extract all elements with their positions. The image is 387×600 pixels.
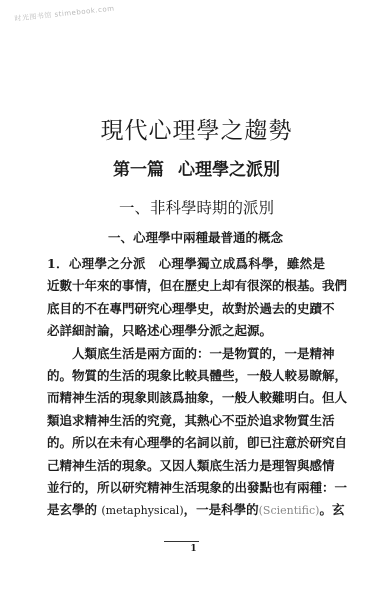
- term-metaphysical: (metaphysical): [101, 504, 183, 517]
- text-line: 的。所以在未有心理學的名詞以前，卽已注意於研究自: [47, 432, 325, 454]
- book-title: 現代心理學之趨勢: [0, 112, 387, 145]
- text-line: 而精神生活的現象則該爲抽象，一般人較難明白。但人: [47, 387, 325, 409]
- part-title: 第一篇心理學之派別: [0, 155, 387, 180]
- term-scientific: (Scientific): [259, 504, 320, 517]
- body-text: 1．心理學之分派 心理學獨立成爲科學，雖然是 近數十年來的事情，但在歷史上却有很…: [47, 253, 325, 522]
- text-line: 近數十年來的事情，但在歷史上却有很深的根基。我們: [47, 275, 325, 297]
- text-line: 己精神生活的現象。又因人類底生活力是理智與感情: [47, 455, 325, 477]
- subsection-title: 一、心理學中兩種最普通的概念: [0, 228, 387, 246]
- text-line: 是玄學的 (metaphysical)，一是科學的(Scientific)。玄: [47, 499, 325, 521]
- footer-rule: [164, 541, 199, 542]
- text-line: 必詳細討論，只略述心理學分派之起源。: [47, 320, 325, 342]
- text-line: 人類底生活是兩方面的：一是物質的，一是精神: [47, 343, 325, 365]
- paragraph-heading: 1．心理學之分派: [47, 256, 146, 271]
- page-number: 1: [0, 544, 387, 554]
- text-line: 類追求精神生活的究竟，其熱心不亞於追求物質生活: [47, 410, 325, 432]
- part-number: 第一篇: [113, 160, 164, 180]
- text-line: 底目的不在專門研究心理學史，故對於過去的史蹟不: [47, 298, 325, 320]
- section-title: 一、非科學時期的派別: [0, 196, 387, 218]
- watermark: 时光图书馆 stimebook.com: [14, 4, 115, 24]
- text-line: 1．心理學之分派 心理學獨立成爲科學，雖然是: [47, 253, 325, 275]
- text-line: 的。物質的生活的現象比較具體些，一般人較易瞭解，: [47, 365, 325, 387]
- text-line: 並行的，所以研究精神生活現象的出發點也有兩種：一: [47, 477, 325, 499]
- part-name: 心理學之派別: [178, 160, 280, 180]
